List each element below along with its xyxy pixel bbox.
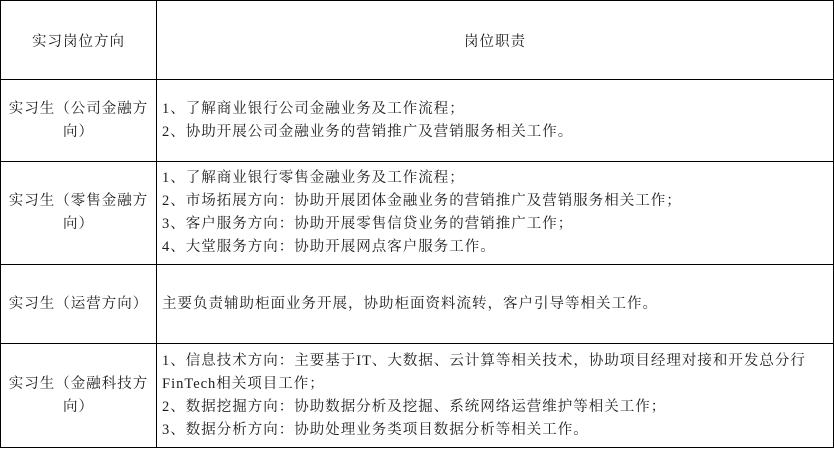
duty-line: 3、客户服务方向：协助开展零售信贷业务的营销推广工作； [162,213,825,236]
position-cell: 实习生（运营方向） [1,265,157,344]
table-row: 实习生（金融科技方向） 1、信息技术方向：主要基于IT、大数据、云计算等相关技术… [1,344,834,448]
duties-cell: 主要负责辅助柜面业务开展，协助柜面资料流转，客户引导等相关工作。 [157,265,834,344]
column-header-duties: 岗位职责 [157,1,834,80]
duties-cell: 1、了解商业银行公司金融业务及工作流程； 2、协助开展公司金融业务的营销推广及营… [157,80,834,162]
duty-line: 2、数据挖掘方向：协助数据分析及挖掘、系统网络运营维护等相关工作； [162,396,825,419]
duty-line: 1、信息技术方向：主要基于IT、大数据、云计算等相关技术，协助项目经理对接和开发… [162,350,825,396]
duties-cell: 1、了解商业银行零售金融业务及工作流程； 2、市场拓展方向：协助开展团体金融业务… [157,162,834,265]
table-row: 实习生（零售金融方向） 1、了解商业银行零售金融业务及工作流程； 2、市场拓展方… [1,162,834,265]
internship-positions-table: 实习岗位方向 岗位职责 实习生（公司金融方向） 1、了解商业银行公司金融业务及工… [0,0,834,448]
column-header-position: 实习岗位方向 [1,1,157,80]
duties-cell: 1、信息技术方向：主要基于IT、大数据、云计算等相关技术，协助项目经理对接和开发… [157,344,834,448]
duty-line: 1、了解商业银行公司金融业务及工作流程； [162,98,825,121]
duty-line: 2、市场拓展方向：协助开展团体金融业务的营销推广及营销服务相关工作； [162,190,825,213]
document-page: 实习岗位方向 岗位职责 实习生（公司金融方向） 1、了解商业银行公司金融业务及工… [0,0,834,453]
table-row: 实习生（运营方向） 主要负责辅助柜面业务开展，协助柜面资料流转，客户引导等相关工… [1,265,834,344]
header-row: 实习岗位方向 岗位职责 [1,1,834,80]
duty-line: 1、了解商业银行零售金融业务及工作流程； [162,167,825,190]
duty-line: 主要负责辅助柜面业务开展，协助柜面资料流转，客户引导等相关工作。 [162,293,825,316]
position-cell: 实习生（零售金融方向） [1,162,157,265]
duty-line: 2、协助开展公司金融业务的营销推广及营销服务相关工作。 [162,121,825,144]
position-cell: 实习生（公司金融方向） [1,80,157,162]
position-cell: 实习生（金融科技方向） [1,344,157,448]
table-row: 实习生（公司金融方向） 1、了解商业银行公司金融业务及工作流程； 2、协助开展公… [1,80,834,162]
duty-line: 3、数据分析方向：协助处理业务类项目数据分析等相关工作。 [162,419,825,442]
duty-line: 4、大堂服务方向：协助开展网点客户服务工作。 [162,236,825,259]
